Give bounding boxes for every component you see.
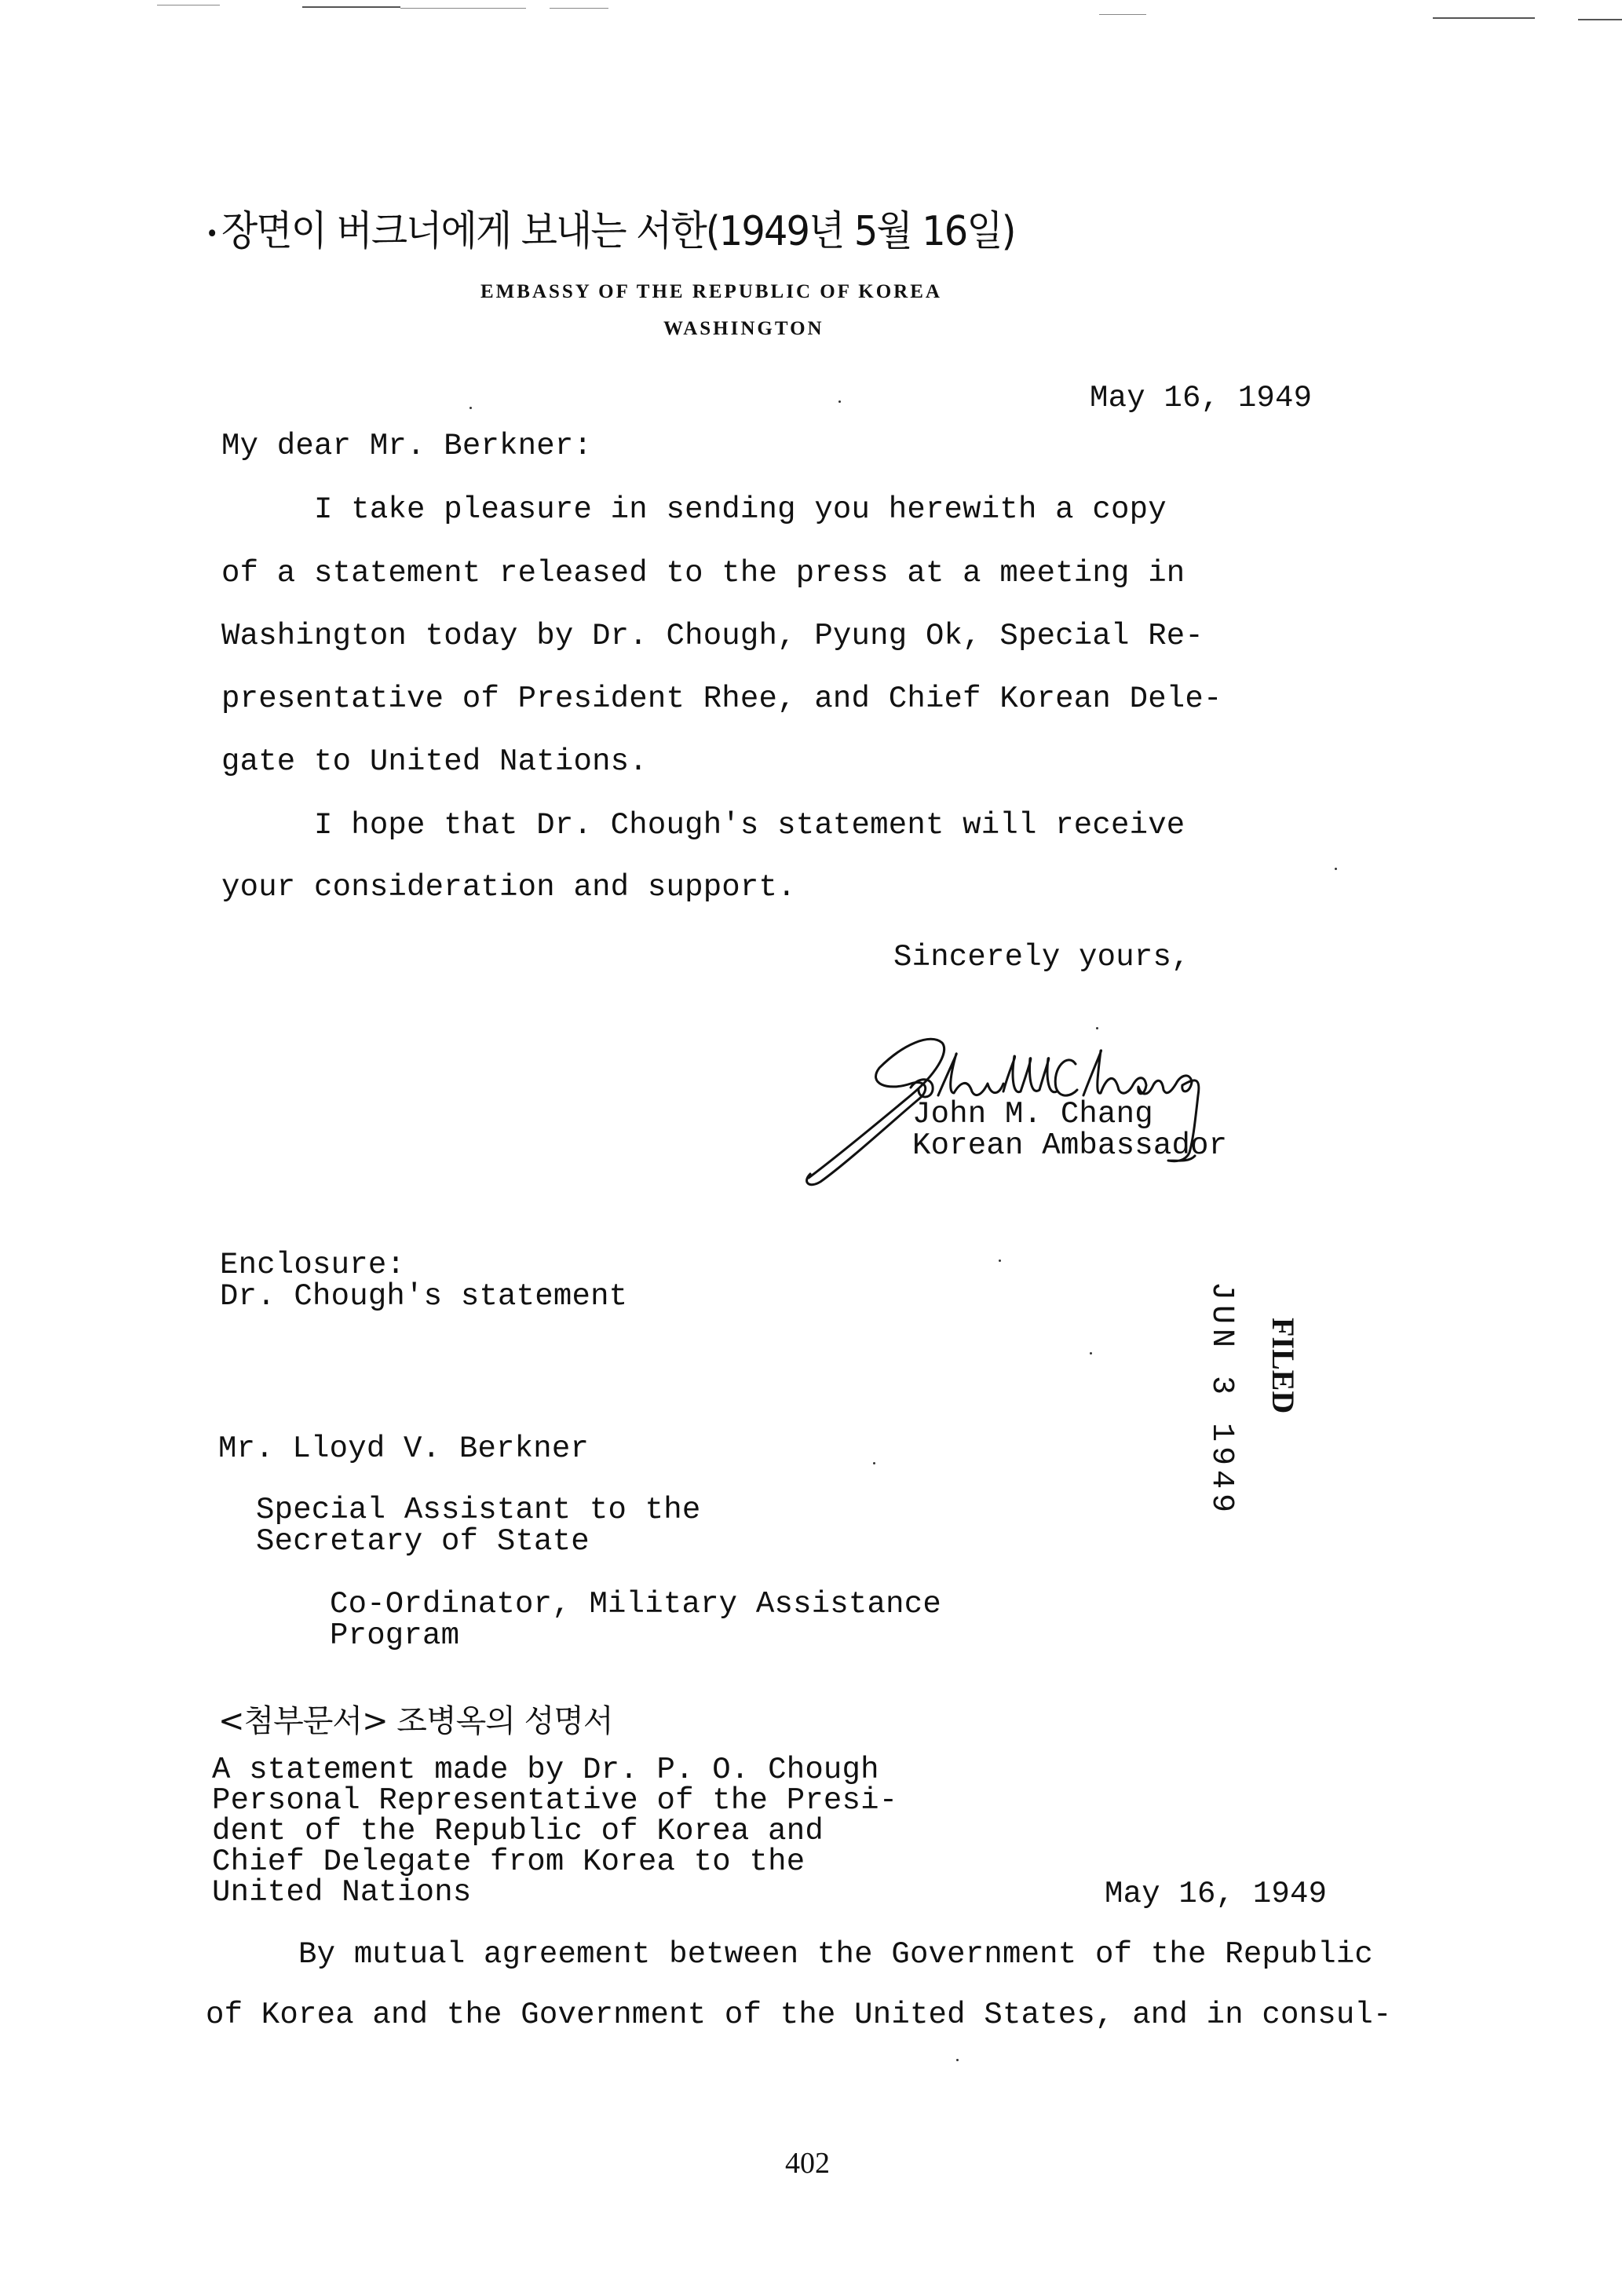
letterhead-embassy: EMBASSY OF THE REPUBLIC OF KOREA (480, 281, 942, 303)
enclosure-label: Enclosure: (220, 1250, 405, 1281)
closing: Sincerely yours, (893, 942, 1190, 973)
scan-edge-artifact (400, 8, 526, 9)
statement-header-line: A statement made by Dr. P. O. Chough (212, 1755, 879, 1786)
paragraph-line: Washington today by Dr. Chough, Pyung Ok… (221, 621, 1204, 652)
paragraph-line: your consideration and support. (221, 872, 796, 903)
scan-speck (956, 2059, 959, 2061)
addressee-title-line: Co-Ordinator, Military Assistance (330, 1589, 941, 1620)
signer-name: John M. Chang (912, 1099, 1153, 1130)
stamp-filed-label: FILED (1265, 1318, 1302, 1413)
stamp-date: JUN 3 1949 (1204, 1281, 1239, 1517)
paragraph-line: of a statement released to the press at … (221, 558, 1185, 589)
scan-speck (469, 407, 472, 409)
addressee-title-line: Program (330, 1621, 459, 1651)
scan-speck (1090, 1352, 1092, 1355)
statement-header-line: Chief Delegate from Korea to the (212, 1847, 805, 1877)
scan-edge-artifact (157, 5, 220, 5)
scan-speck (838, 400, 841, 403)
scan-speck (1335, 868, 1337, 870)
korean-title-text: 장면이 버크너에게 보내는 서한(1949년 5월 16일) (221, 208, 1015, 255)
paragraph-line: I hope that Dr. Chough's statement will … (221, 810, 1185, 841)
statement-header-line: United Nations (212, 1877, 471, 1908)
addressee-title-line: Secretary of State (256, 1526, 590, 1557)
attachment-korean-subtitle: <첨부문서> 조병옥의 성명서 (218, 1696, 613, 1741)
scan-edge-artifact (302, 6, 400, 8)
scan-edge-artifact (1099, 14, 1146, 15)
paragraph-line: gate to United Nations. (221, 747, 648, 777)
scan-speck (1096, 1027, 1098, 1029)
statement-date: May 16, 1949 (1105, 1879, 1327, 1910)
scan-edge-artifact (1578, 19, 1622, 20)
paragraph-line: presentative of President Rhee, and Chie… (221, 684, 1222, 715)
enclosure-item: Dr. Chough's statement (220, 1281, 627, 1312)
statement-header-line: dent of the Republic of Korea and (212, 1816, 824, 1847)
signer-title: Korean Ambassador (912, 1131, 1227, 1161)
korean-page-title: •장면이 버크너에게 보내는 서한(1949년 5월 16일) (206, 198, 1015, 257)
letter-date: May 16, 1949 (1090, 383, 1312, 414)
addressee-name: Mr. Lloyd V. Berkner (218, 1434, 589, 1464)
statement-header-line: Personal Representative of the Presi- (212, 1786, 897, 1816)
scan-speck (873, 1462, 875, 1464)
paragraph-line: I take pleasure in sending you herewith … (221, 495, 1167, 525)
scan-speck (999, 1260, 1001, 1262)
statement-body-line: By mutual agreement between the Governme… (206, 1940, 1373, 1970)
scan-edge-artifact (550, 8, 608, 9)
salutation: My dear Mr. Berkner: (221, 431, 592, 462)
page-number: 402 (785, 2146, 830, 2181)
bullet-icon: • (206, 221, 217, 248)
filed-stamp: JUN 3 1949 FILED (1185, 1272, 1327, 1476)
letterhead-city: WASHINGTON (663, 318, 824, 340)
scan-edge-artifact (1433, 17, 1535, 19)
addressee-title-line: Special Assistant to the (256, 1495, 701, 1526)
statement-body-line: of Korea and the Government of the Unite… (206, 2000, 1392, 2031)
